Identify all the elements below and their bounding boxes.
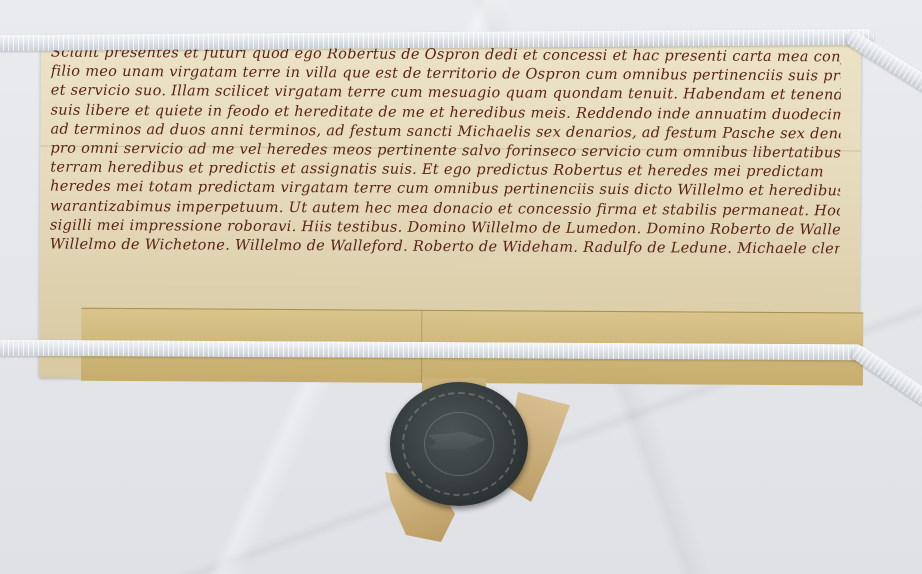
wax-seal: [390, 382, 528, 506]
charter-parchment: Sciant presentes et futuri quod ego Robe…: [39, 35, 861, 382]
text-line-11: Willelmo de Wichetone. Willelmo de Walle…: [50, 235, 840, 259]
charter-text: Sciant presentes et futuri quod ego Robe…: [50, 44, 841, 260]
